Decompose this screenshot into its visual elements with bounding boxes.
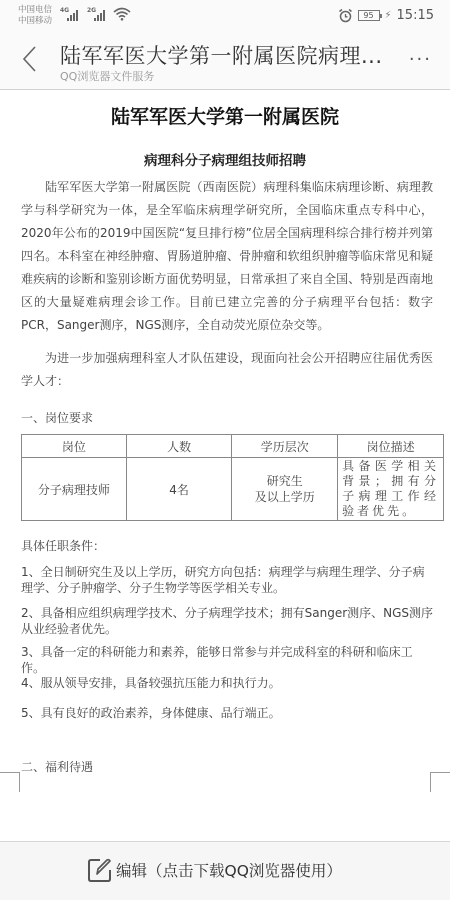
conditions-title: 具体任职条件： xyxy=(21,537,105,554)
bottom-bar: 编辑（点击下载QQ浏览器使用） xyxy=(0,841,450,900)
table-header: 人数 xyxy=(126,435,232,458)
carrier-names: 中国电信 中国移动 xyxy=(18,5,52,27)
page-title: 陆军军医大学第一附属医院病理... xyxy=(60,40,383,70)
edit-button[interactable]: 编辑（点击下载QQ浏览器使用） xyxy=(87,855,342,885)
condition-item: 1、全日制研究生及以上学历，研究方向包括：病理学与病理生理学、分子病理学、分子肿… xyxy=(21,564,436,596)
description-cell: 具备医学相关背景；拥有分子病理工作经验者优先。 xyxy=(338,458,444,521)
condition-item: 2、具备相应组织病理学技术、分子病理学技术；拥有Sanger测序、NGS测序从业… xyxy=(21,605,436,637)
back-button[interactable] xyxy=(18,44,42,74)
condition-item: 3、具备一定的科研能力和素养，能够日常参与并完成科室的科研和临床工作。 xyxy=(21,644,436,676)
page-corner-mark-right xyxy=(430,772,450,792)
count-cell: 4名 xyxy=(126,458,232,521)
recruit-paragraph: 为进一步加强病理科室人才队伍建设，现面向社会公开招聘应往届优秀医学人才： xyxy=(21,347,433,393)
wifi-icon xyxy=(113,7,131,21)
alarm-icon xyxy=(338,8,353,23)
education-cell: 研究生 及以上学历 xyxy=(232,458,338,521)
charging-icon: ⚡ xyxy=(385,10,392,21)
status-right: 95 ⚡ 15:15 xyxy=(338,6,435,24)
document-viewer[interactable]: 陆军军医大学第一附属医院 病理科分子病理组技师招聘 陆军军医大学第一附属医院（西… xyxy=(0,91,450,841)
carrier-2: 中国移动 xyxy=(18,16,52,27)
table-header: 学历层次 xyxy=(232,435,338,458)
edit-icon xyxy=(87,857,113,883)
condition-item: 4、服从领导安排，具备较强抗压能力和执行力。 xyxy=(21,675,436,691)
section-benefits: 二、福利待遇 xyxy=(21,758,93,775)
clock: 15:15 xyxy=(397,8,434,23)
carrier-1: 中国电信 xyxy=(18,5,52,16)
title-bar: 陆军军医大学第一附属医院病理... QQ浏览器文件服务 ... xyxy=(0,32,450,90)
table-header-row: 岗位 人数 学历层次 岗位描述 xyxy=(22,435,444,458)
status-bar: 中国电信 中国移动 4G 2G 95 ⚡ 15:15 xyxy=(0,0,450,32)
document-heading: 陆军军医大学第一附属医院 xyxy=(0,102,450,129)
education-line-2: 及以上学历 xyxy=(232,489,337,505)
condition-item: 5、具有良好的政治素养，身体健康、品行端正。 xyxy=(21,705,436,721)
position-cell: 分子病理技师 xyxy=(22,458,127,521)
page-subtitle: QQ浏览器文件服务 xyxy=(60,68,154,84)
table-row: 分子病理技师 4名 研究生 及以上学历 具备医学相关背景；拥有分子病理工作经验者… xyxy=(22,458,444,521)
page-corner-mark-left xyxy=(0,772,20,792)
more-menu-button[interactable]: ... xyxy=(409,44,432,65)
intro-paragraph: 陆军军医大学第一附属医院（西南医院）病理科集临床病理诊断、病理教学与科学研究为一… xyxy=(21,176,433,337)
table-header: 岗位描述 xyxy=(338,435,444,458)
table-header: 岗位 xyxy=(22,435,127,458)
education-line-1: 研究生 xyxy=(232,473,337,489)
battery-icon: 95 xyxy=(358,10,380,21)
edit-label: 编辑（点击下载QQ浏览器使用） xyxy=(116,859,342,881)
job-table: 岗位 人数 学历层次 岗位描述 分子病理技师 4名 研究生 及以上学历 具备医学… xyxy=(21,434,444,521)
section-job-requirements: 一、岗位要求 xyxy=(21,409,93,426)
document-subheading: 病理科分子病理组技师招聘 xyxy=(0,149,450,169)
